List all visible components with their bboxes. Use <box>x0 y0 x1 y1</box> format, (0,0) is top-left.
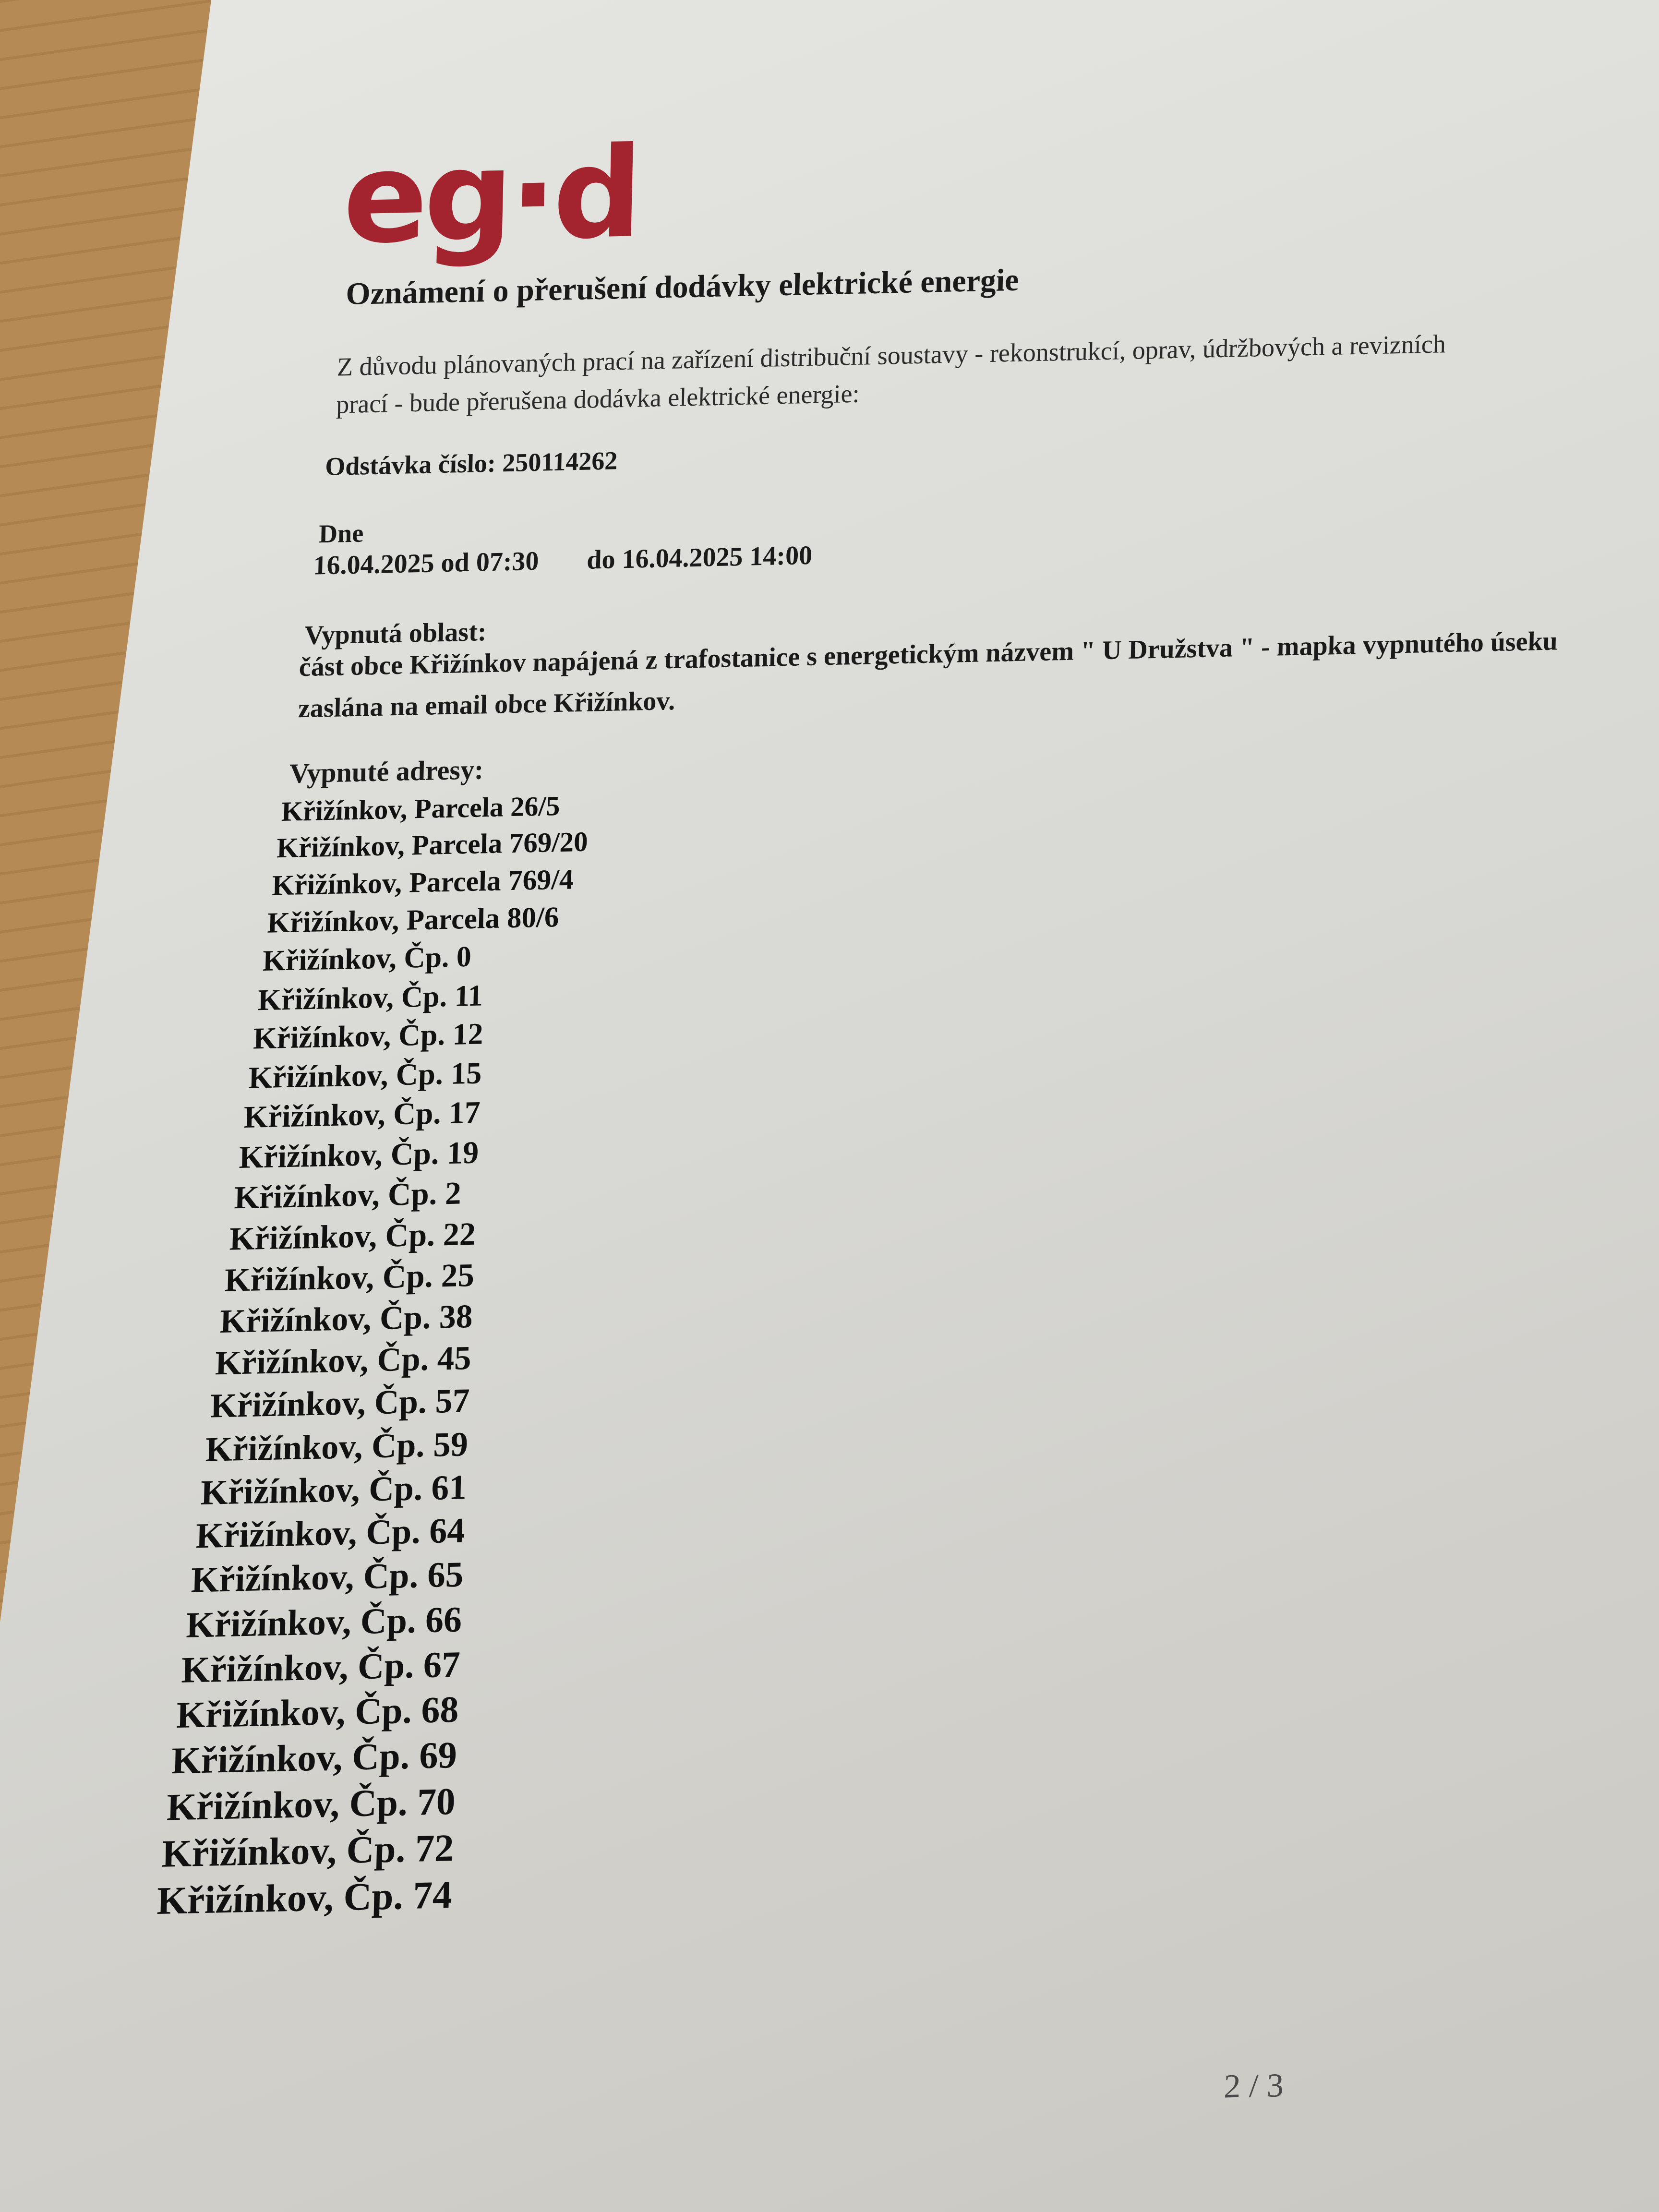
addresses-label: Vypnuté adresy: <box>289 753 484 790</box>
address-list: Křižínkov, Parcela 26/5Křižínkov, Parcel… <box>256 787 589 1923</box>
address-item: Křižínkov, Čp. 2 <box>234 1170 580 1218</box>
egd-logo: eg·d <box>342 131 640 262</box>
address-item: Křižínkov, Čp. 57 <box>210 1378 576 1428</box>
document-content: eg·d Oznámení o přerušení dodávky elektr… <box>0 0 1659 2212</box>
address-item: Křižínkov, Čp. 45 <box>215 1335 577 1385</box>
outage-dates: 16.04.2025 od 07:30do 16.04.2025 14:00 <box>313 539 861 581</box>
address-item: Křižínkov, Parcela 80/6 <box>267 898 587 942</box>
address-item: Křižínkov, Čp. 65 <box>191 1551 572 1603</box>
outage-number-value: 250114262 <box>502 446 618 477</box>
address-item: Křižínkov, Čp. 61 <box>200 1463 574 1515</box>
address-item: Křižínkov, Čp. 22 <box>229 1211 579 1260</box>
area-description: část obce Křižínkov napájená z trafostan… <box>298 619 1619 730</box>
date-to: do 16.04.2025 14:00 <box>587 541 813 575</box>
address-item: Křižínkov, Čp. 64 <box>195 1507 573 1559</box>
address-item: Křižínkov, Čp. 70 <box>166 1776 566 1831</box>
address-item: Křižínkov, Čp. 74 <box>156 1869 565 1924</box>
address-item: Křižínkov, Čp. 17 <box>243 1091 582 1138</box>
address-item: Křižínkov, Parcela 26/5 <box>281 787 589 830</box>
address-item: Křižínkov, Čp. 69 <box>171 1730 567 1784</box>
address-item: Křižínkov, Čp. 25 <box>224 1252 578 1301</box>
address-item: Křižínkov, Čp. 59 <box>205 1420 575 1471</box>
address-item: Křižínkov, Čp. 68 <box>176 1684 569 1738</box>
address-item: Křižínkov, Čp. 15 <box>248 1051 583 1098</box>
outage-number-label: Odstávka číslo: <box>325 449 496 481</box>
date-from: 16.04.2025 od 07:30 <box>313 546 539 581</box>
address-item: Křižínkov, Čp. 11 <box>257 974 585 1019</box>
intro-paragraph: Z důvodu plánovaných prací na zařízení d… <box>336 324 1489 423</box>
address-item: Křižínkov, Čp. 38 <box>219 1294 577 1343</box>
address-item: Křižínkov, Čp. 66 <box>186 1595 571 1647</box>
address-item: Křižínkov, Čp. 19 <box>239 1130 581 1178</box>
outage-number: Odstávka číslo: 250114262 <box>325 445 618 481</box>
address-item: Křižínkov, Čp. 12 <box>253 1012 584 1058</box>
address-item: Křižínkov, Čp. 0 <box>262 936 586 981</box>
address-item: Křižínkov, Parcela 769/20 <box>276 824 589 867</box>
address-item: Křižínkov, Parcela 769/4 <box>272 861 588 905</box>
page-number: 2 / 3 <box>1224 2067 1284 2106</box>
day-label: Dne <box>319 518 364 549</box>
address-item: Křižínkov, Čp. 72 <box>161 1822 565 1877</box>
address-item: Křižínkov, Čp. 67 <box>181 1639 570 1693</box>
